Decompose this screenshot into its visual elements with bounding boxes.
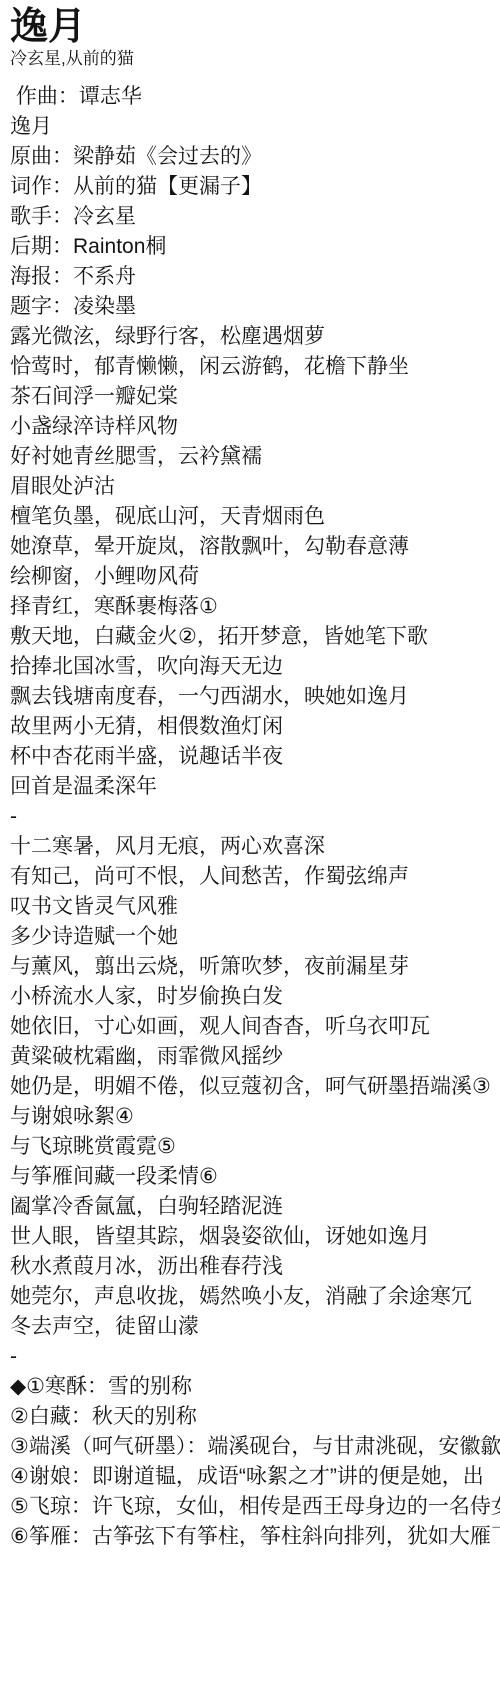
lyric-line: 黄粱破枕霜幽，雨霏微风摇纱 xyxy=(10,1042,500,1072)
credit-line: 后期：Rainton桐 xyxy=(10,232,500,262)
lyric-line: 小桥流水人家，时岁偷换白发 xyxy=(10,982,500,1012)
footnote-line: ③端溪（呵气研墨）：端溪砚台，与甘肃洮砚，安徽歙 xyxy=(10,1432,500,1462)
lyric-line: 与飞琼眺赏霞霓⑤ xyxy=(10,1132,500,1162)
lyric-line: 拾捧北国冰雪，吹向海天无边 xyxy=(10,652,500,682)
lyric-line: 绘柳窗，小鲤吻风荷 xyxy=(10,562,500,592)
artist-names: 冷玄星,从前的猫 xyxy=(10,48,500,70)
lyric-line: 故里两小无猜，相偎数渔灯闲 xyxy=(10,712,500,742)
lyric-line: 回首是温柔深年 xyxy=(10,772,500,802)
credit-line: 逸月 xyxy=(10,112,500,142)
lyric-line: 恰莺时，郁青懒懒，闲云游鹤，花檐下静坐 xyxy=(10,352,500,382)
footnote-line: ⑤飞琼：许飞琼，女仙，相传是西王母身边的一名侍女 xyxy=(10,1492,500,1522)
footnotes-block: ◆①寒酥：雪的别称②白藏：秋天的别称③端溪（呵气研墨）：端溪砚台，与甘肃洮砚，安… xyxy=(10,1372,500,1552)
lyric-line: 十二寒暑，风月无痕，两心欢喜深 xyxy=(10,832,500,862)
lyric-line: 小盏绿淬诗样风物 xyxy=(10,412,500,442)
lyric-line: 与筝雁间藏一段柔情⑥ xyxy=(10,1162,500,1192)
lyric-line: 多少诗造赋一个她 xyxy=(10,922,500,952)
credit-line: 海报：不系舟 xyxy=(10,262,500,292)
lyric-line: - xyxy=(10,802,500,832)
lyric-line: 她潦草，晕开旋岚，溶散飘叶，勾勒春意薄 xyxy=(10,532,500,562)
lyric-line: 择青红，寒酥裹梅落① xyxy=(10,592,500,622)
lyric-line: 冬去声空，徒留山濛 xyxy=(10,1312,500,1342)
lyric-line: 檀笔负墨，砚底山河，天青烟雨色 xyxy=(10,502,500,532)
lyric-line: 叹书文皆灵气风雅 xyxy=(10,892,500,922)
lyric-line: 飘去钱塘南度春，一勺西湖水，映她如逸月 xyxy=(10,682,500,712)
lyric-line: 与薰风，翦出云烧，听箫吹梦，夜前漏星芽 xyxy=(10,952,500,982)
lyric-line: 她依旧，寸心如画，观人间杳杳，听乌衣叩瓦 xyxy=(10,1012,500,1042)
credits-block: 作曲：谭志华逸月原曲：梁静茹《会过去的》词作：从前的猫【更漏子】歌手：冷玄星后期… xyxy=(10,82,500,322)
lyric-line: 杯中杏花雨半盛，说趣话半夜 xyxy=(10,742,500,772)
lyric-line: 有知己，尚可不恨，人间愁苦，作蜀弦绵声 xyxy=(10,862,500,892)
credit-line: 作曲：谭志华 xyxy=(10,82,500,112)
lyric-line: 露光微泫，绿野行客，松塵遇烟萝 xyxy=(10,322,500,352)
footnote-line: ④谢娘：即谢道韫，成语“咏絮之才”讲的便是她，出 xyxy=(10,1462,500,1492)
lyrics-page: 逸月 冷玄星,从前的猫 作曲：谭志华逸月原曲：梁静茹《会过去的》词作：从前的猫【… xyxy=(0,0,500,1690)
footnote-line: ◆①寒酥：雪的别称 xyxy=(10,1372,500,1402)
lyric-line: 阖掌冷香氤氲，白驹轻踏泥涟 xyxy=(10,1192,500,1222)
footnote-line: ②白藏：秋天的别称 xyxy=(10,1402,500,1432)
lyrics-block: 露光微泫，绿野行客，松塵遇烟萝恰莺时，郁青懒懒，闲云游鹤，花檐下静坐茶石间浮一瓣… xyxy=(10,322,500,1372)
credit-line: 词作：从前的猫【更漏子】 xyxy=(10,172,500,202)
page-title: 逸月 xyxy=(10,6,500,48)
credit-line: 原曲：梁静茹《会过去的》 xyxy=(10,142,500,172)
lyric-line: 好衬她青丝腮雪，云衿黛襦 xyxy=(10,442,500,472)
lyric-line: 敷天地，白藏金火②，拓开梦意，皆她笔下歌 xyxy=(10,622,500,652)
credit-line: 题字：凌染墨 xyxy=(10,292,500,322)
lyric-line: 与谢娘咏絮④ xyxy=(10,1102,500,1132)
lyric-line: 她仍是，明媚不倦，似豆蔻初含，呵气研墨捂端溪③ xyxy=(10,1072,500,1102)
lyric-line: 眉眼处泸沽 xyxy=(10,472,500,502)
lyric-line: - xyxy=(10,1342,500,1372)
lyric-line: 她莞尔，声息收拢，嫣然唤小友，消融了余途寒冗 xyxy=(10,1282,500,1312)
lyric-line: 茶石间浮一瓣妃棠 xyxy=(10,382,500,412)
lyric-line: 世人眼，皆望其踪，烟袅姿欲仙，讶她如逸月 xyxy=(10,1222,500,1252)
lyric-line: 秋水煮葭月冰，沥出稚春荇浅 xyxy=(10,1252,500,1282)
footnote-line: ⑥筝雁：古筝弦下有筝柱，筝柱斜向排列，犹如大雁飞 xyxy=(10,1522,500,1552)
credit-line: 歌手：冷玄星 xyxy=(10,202,500,232)
